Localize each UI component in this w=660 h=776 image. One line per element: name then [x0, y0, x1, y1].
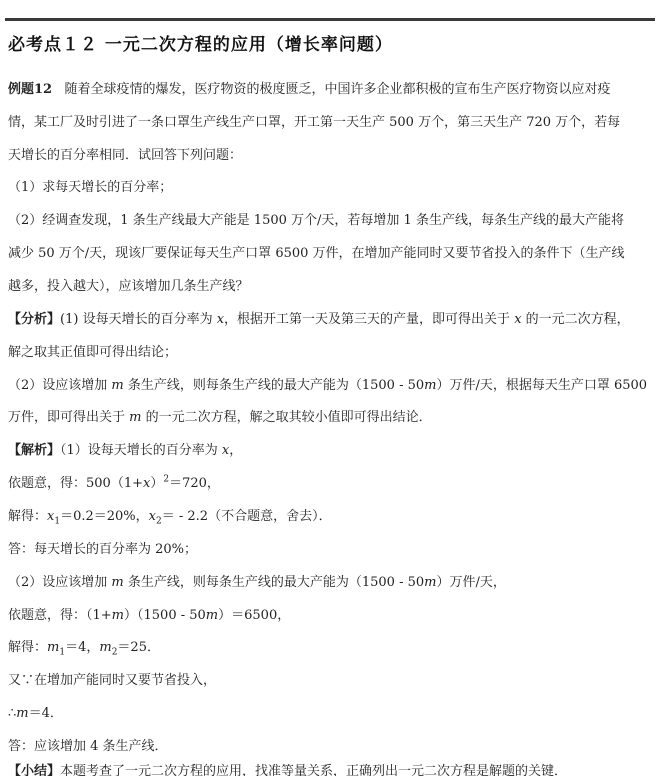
solution-equation-2: 依题意，得：（1+m）（1500 - 50m）＝6500，: [8, 604, 290, 623]
problem-line-3: 天增长的百分率相同．试回答下列问题：: [8, 144, 242, 163]
problem-question-2-line-1: （2）经调查发现，1 条生产线最大产能是 1500 万个/天，若每增加 1 条生…: [8, 209, 624, 228]
solution-conclusion: ∴m＝4．: [8, 702, 63, 721]
solution-roots-1: 解得：x1＝0.2＝20%，x2＝ - 2.2（不合题意，舍去）．: [8, 505, 332, 527]
problem-question-2-line-2: 减少 50 万个/天，现该厂要保证每天生产口罩 6500 万件，在增加产能同时又…: [8, 242, 625, 261]
problem-label: 例题12: [8, 82, 52, 97]
problem-question-1: （1）求每天增长的百分率；: [8, 176, 172, 195]
analysis-label: 【分析】: [8, 312, 60, 327]
problem-line-1: 例题12 随着全球疫情的爆发，医疗物资的极度匮乏，中国许多企业都积极的宣布生产医…: [8, 78, 611, 97]
summary-line: 【小结】本题考查了一元二次方程的应用，找准等量关系，正确列出一元二次方程是解题的…: [8, 760, 567, 776]
analysis-line-2: 解之取其正值即可得出结论；: [8, 341, 177, 360]
solution-label: 【解析】: [8, 443, 60, 458]
analysis-line-1: 【分析】(1) 设每天增长的百分率为 x，根据开工第一天及第三天的产量，即可得出…: [8, 308, 630, 327]
solution-roots-2: 解得：m1＝4，m2＝25．: [8, 636, 160, 658]
solution-line-1: 【解析】（1）设每天增长的百分率为 x，: [8, 439, 242, 458]
top-rule: [5, 18, 655, 21]
problem-line-2: 情，某工厂及时引进了一条口罩生产线生产口罩，开工第一天生产 500 万个，第三天…: [8, 111, 620, 130]
analysis-line-3: （2）设应该增加 m 条生产线，则每条生产线的最大产能为（1500 - 50m）…: [8, 374, 647, 393]
solution-line-2: （2）设应该增加 m 条生产线，则每条生产线的最大产能为（1500 - 50m）…: [8, 571, 506, 590]
page-title: 必考点１２ 一元二次方程的应用（增长率问题）: [8, 30, 393, 55]
problem-question-2-line-3: 越多，投入越大），应该增加几条生产线？: [8, 275, 249, 294]
solution-answer-1: 答：每天增长的百分率为 20%；: [8, 538, 197, 557]
solution-reason: 又∵在增加产能同时又要节省投入，: [8, 669, 216, 688]
solution-equation-1: 依题意，得：500（1+x）2＝720，: [8, 472, 220, 491]
solution-answer-2: 答：应该增加 4 条生产线．: [8, 735, 168, 754]
summary-label: 【小结】: [8, 764, 60, 776]
analysis-line-4: 万件，即可得出关于 m 的一元二次方程，解之取其较小值即可得出结论．: [8, 406, 432, 425]
